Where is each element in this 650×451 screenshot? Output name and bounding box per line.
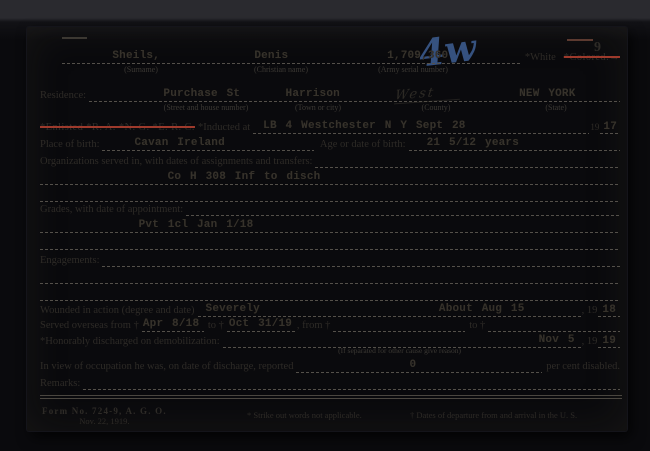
surname-sublabel: (Surname) bbox=[124, 65, 158, 74]
service-record-card: 9 4w Sheils, Denis 1,709,360 *White *Col… bbox=[27, 27, 627, 431]
footer-divider-bottom bbox=[40, 398, 622, 399]
overseas-from2-label: , from † bbox=[297, 319, 331, 332]
overseas-from2-rule bbox=[333, 317, 465, 332]
disability-label: In view of occupation he was, on date of… bbox=[40, 360, 293, 373]
remarks-rule bbox=[83, 375, 620, 390]
wounded-degree-value: Severely bbox=[206, 303, 260, 316]
grades-value-line: Pvt 1cl Jan 1/18 bbox=[40, 218, 620, 233]
wounded-date-value: About Aug 15 bbox=[439, 303, 525, 316]
overseas-to-value: Oct 31/19 bbox=[229, 318, 292, 331]
wounded-rule: Severely About Aug 15 bbox=[198, 302, 581, 317]
place-of-birth-value: Cavan Ireland bbox=[134, 137, 224, 150]
wounded-year-prefix: , 19 bbox=[582, 304, 598, 317]
blank-rule-line-1 bbox=[40, 187, 620, 202]
discharge-label: *Honorably discharged on demobilization: bbox=[40, 335, 220, 348]
overseas-to2-rule bbox=[488, 317, 620, 332]
wounded-line: Wounded in action (degree and date) Seve… bbox=[40, 302, 620, 317]
footer-divider-top bbox=[40, 395, 622, 396]
christian-name-value: Denis bbox=[254, 50, 288, 63]
town-value: Harrison bbox=[286, 88, 340, 101]
discharge-year-prefix: , 19 bbox=[582, 335, 598, 348]
discharge-note: (If separated for other cause give reaso… bbox=[338, 344, 461, 357]
age-label: Age or date of birth: bbox=[320, 138, 406, 151]
engagements-rule bbox=[102, 252, 620, 267]
blank-rule-line-4 bbox=[40, 286, 620, 301]
overseas-from-rule: Apr 8/18 bbox=[142, 317, 204, 332]
organizations-rule bbox=[315, 153, 620, 168]
name-sublabels: (Surname) (Christian name) (Army serial … bbox=[40, 65, 620, 75]
organizations-value-rule: Co H 308 Inf to disch bbox=[40, 170, 620, 185]
disability-rule: 0 bbox=[296, 358, 542, 373]
form-date: Nov. 22, 1919. bbox=[42, 416, 167, 426]
overseas-to2-label: to † bbox=[469, 319, 485, 332]
remarks-line: Remarks: bbox=[40, 375, 620, 390]
residence-label: Residence: bbox=[40, 89, 86, 102]
place-of-birth-label: Place of birth: bbox=[40, 138, 99, 151]
overseas-to-label: to † bbox=[208, 319, 224, 332]
overseas-line: Served overseas from † Apr 8/18 to † Oct… bbox=[40, 317, 620, 332]
age-rule: 21 5/12 years bbox=[409, 136, 620, 151]
name-rule: Sheils, Denis 1,709,360 bbox=[62, 49, 520, 64]
grades-label: Grades, with date of appointment: bbox=[40, 203, 183, 216]
wounded-year-value: 18 bbox=[598, 304, 620, 317]
christian-name-sublabel: (Christian name) bbox=[254, 65, 308, 74]
surname-value: Sheils, bbox=[112, 50, 160, 63]
blank-rule-line-2 bbox=[40, 235, 620, 250]
residence-line: Residence: Purchase St Harrison NEW YORK bbox=[40, 87, 620, 102]
footer-form-block: Form No. 724-9, A. G. O. Nov. 22, 1919. bbox=[42, 406, 167, 426]
overseas-to-rule: Oct 31/19 bbox=[227, 317, 297, 332]
residence-rule: Purchase St Harrison NEW YORK bbox=[89, 87, 620, 102]
state-value: NEW YORK bbox=[519, 88, 575, 101]
discharge-year-value: 19 bbox=[598, 335, 620, 348]
induction-year-value: 17 bbox=[600, 121, 620, 134]
form-number: Form No. 724-9, A. G. O. bbox=[42, 406, 167, 416]
name-line: Sheils, Denis 1,709,360 *White *Colored.… bbox=[62, 49, 620, 64]
organizations-line: Organizations served in, with dates of a… bbox=[40, 153, 620, 168]
inducted-at-value: LB 4 Westchester N Y Sept 28 bbox=[263, 120, 465, 133]
induction-line: *Enlisted *R. A. *N. G. *E. R. C. *Induc… bbox=[40, 119, 620, 134]
street-value: Purchase St bbox=[163, 88, 240, 101]
disability-suffix: per cent disabled. bbox=[546, 360, 620, 373]
footer-dagger-note: † Dates of departure from and arrival in… bbox=[410, 410, 577, 420]
street-sublabel: (Street and house number) bbox=[164, 103, 249, 112]
birth-line: Place of birth: Cavan Ireland Age or dat… bbox=[40, 136, 620, 151]
place-of-birth-rule: Cavan Ireland bbox=[102, 136, 313, 151]
grades-rule bbox=[186, 201, 620, 216]
race-colored-option-struck: *Colored.→ bbox=[564, 51, 620, 64]
grades-value-rule: Pvt 1cl Jan 1/18 bbox=[40, 218, 620, 233]
inducted-at-label: *Inducted at bbox=[198, 121, 250, 134]
age-value: 21 5/12 years bbox=[427, 137, 519, 150]
footer-strike-note: * Strike out words not applicable. bbox=[247, 410, 362, 420]
grades-value: Pvt 1cl Jan 1/18 bbox=[139, 219, 254, 232]
county-sublabel: (County) bbox=[422, 103, 451, 112]
engagements-line: Engagements: bbox=[40, 252, 620, 267]
wounded-label: Wounded in action (degree and date) bbox=[40, 304, 195, 317]
remarks-label: Remarks: bbox=[40, 377, 80, 390]
town-sublabel: (Town or city) bbox=[295, 103, 341, 112]
organizations-label: Organizations served in, with dates of a… bbox=[40, 155, 312, 168]
top-left-dash-mark bbox=[62, 37, 87, 39]
discharge-line: *Honorably discharged on demobilization:… bbox=[40, 333, 620, 348]
grades-line: Grades, with date of appointment: bbox=[40, 201, 620, 216]
engagements-label: Engagements: bbox=[40, 254, 99, 267]
blank-rule-line-3 bbox=[40, 269, 620, 284]
organizations-value-line: Co H 308 Inf to disch bbox=[40, 170, 620, 185]
disability-value: 0 bbox=[410, 359, 417, 372]
page-number-rule bbox=[567, 39, 593, 41]
inducted-at-rule: LB 4 Westchester N Y Sept 28 bbox=[253, 119, 589, 134]
overseas-from-label: Served overseas from † bbox=[40, 319, 139, 332]
serial-number-value: 1,709,360 bbox=[387, 50, 448, 63]
enlistment-options-struck: *Enlisted *R. A. *N. G. *E. R. C. bbox=[40, 121, 195, 134]
state-sublabel: (State) bbox=[545, 103, 566, 112]
race-white-option: *White bbox=[525, 51, 556, 64]
induction-year-prefix: 19 bbox=[590, 121, 599, 134]
screenshot-root: { "card": { "page_number": "9", "name_ro… bbox=[0, 0, 650, 451]
overseas-from-value: Apr 8/18 bbox=[143, 318, 199, 331]
residence-sublabels: (Street and house number) (Town or city)… bbox=[40, 103, 620, 113]
organizations-value: Co H 308 Inf to disch bbox=[168, 171, 321, 184]
disability-line: In view of occupation he was, on date of… bbox=[40, 358, 620, 373]
serial-number-sublabel: (Army serial number) bbox=[378, 65, 448, 74]
discharge-date-value: Nov 5 bbox=[539, 334, 575, 347]
discharge-note-line: (If separated for other cause give reaso… bbox=[40, 348, 620, 357]
